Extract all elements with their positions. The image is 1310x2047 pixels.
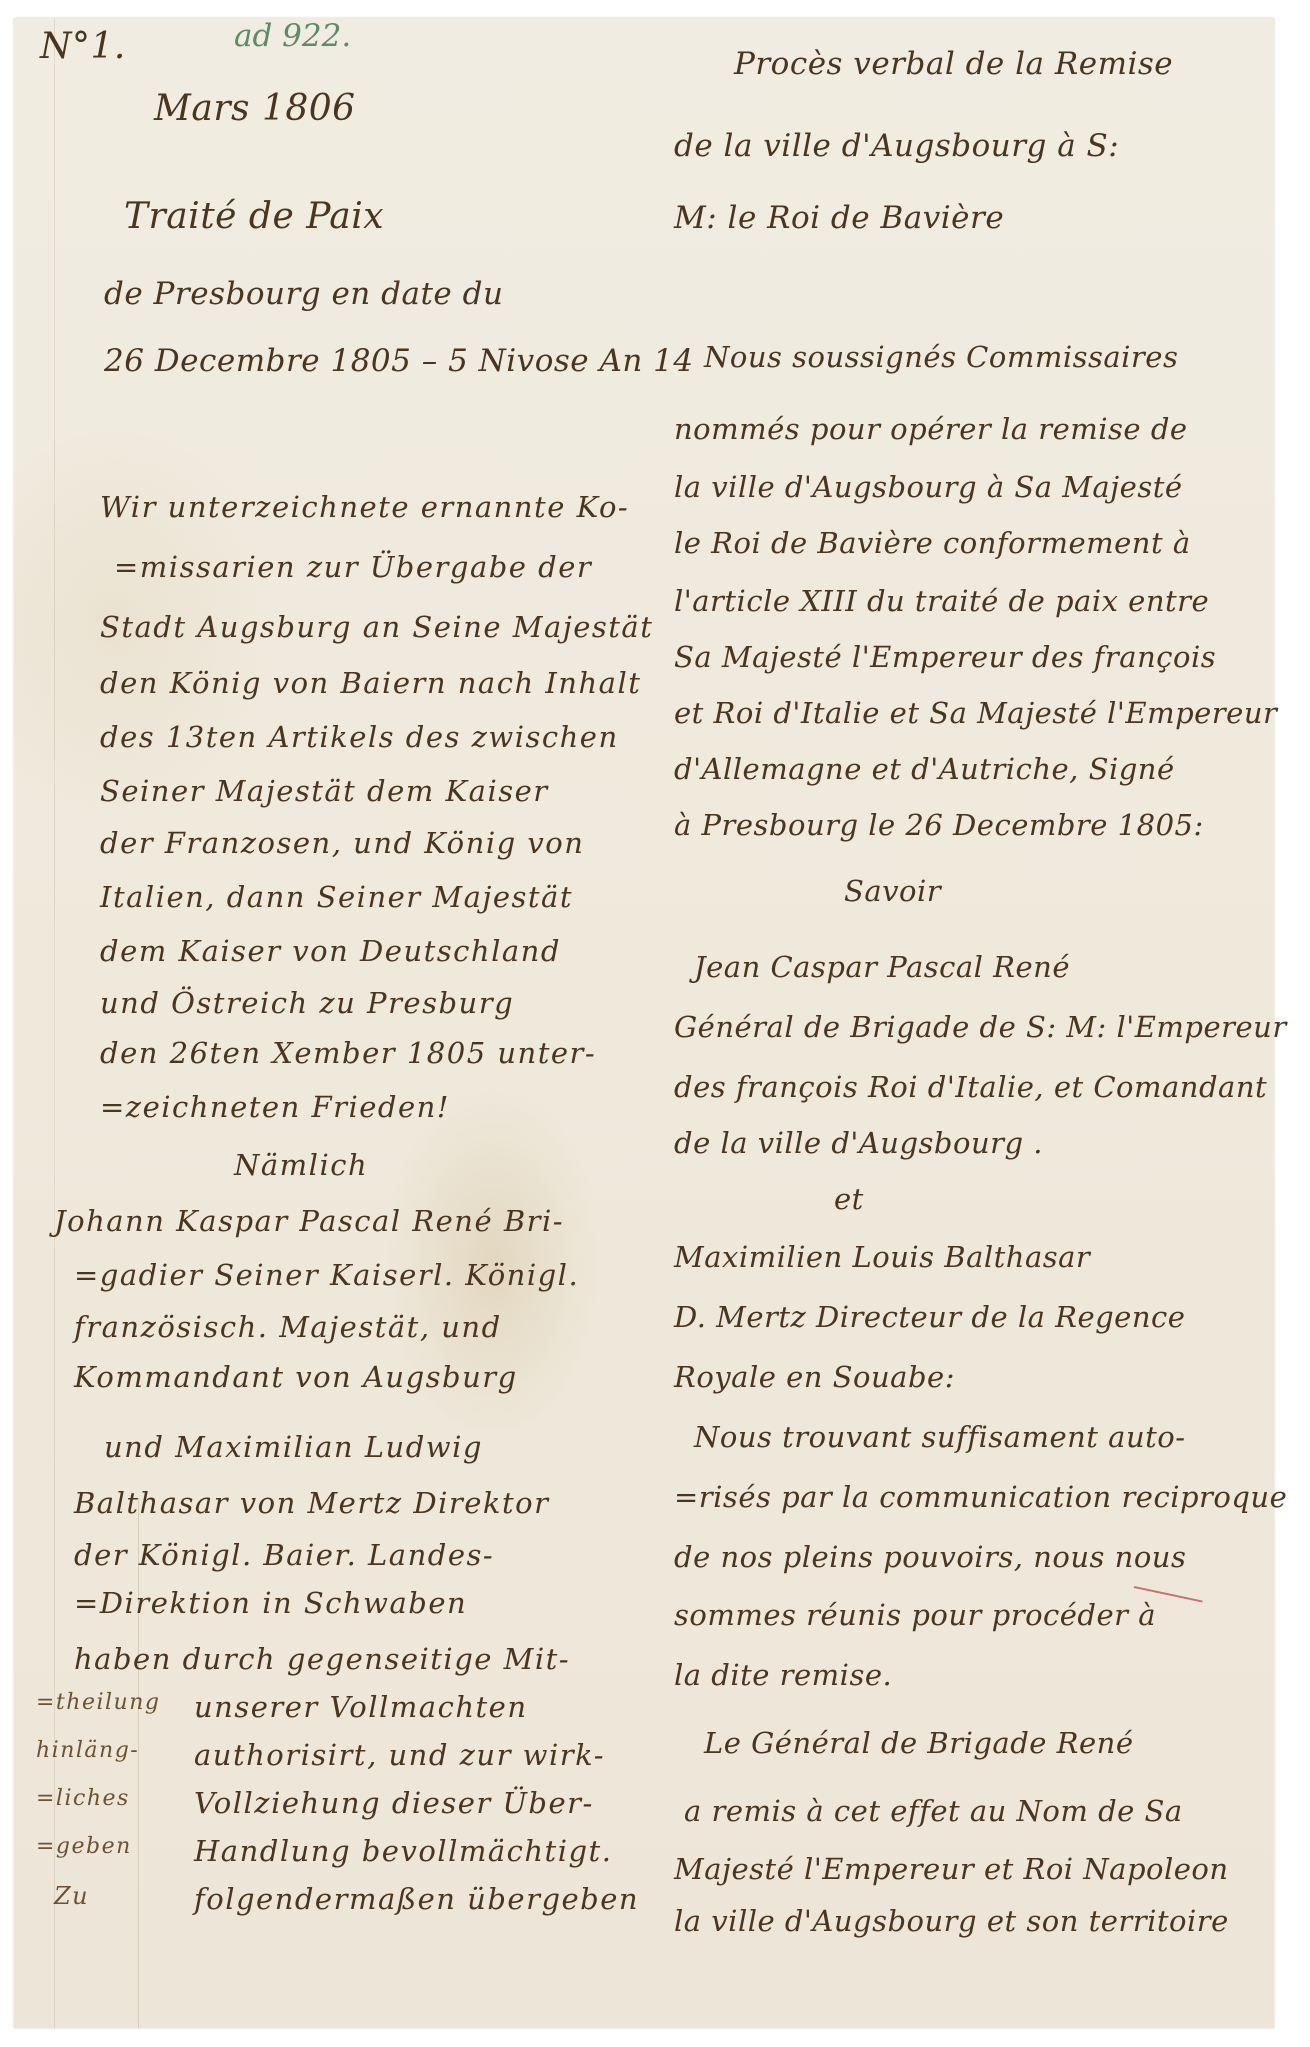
german-line: französisch. Majestät, und <box>74 1310 502 1344</box>
german-line: unserer Vollmachten <box>194 1690 528 1724</box>
french-line: =risés par la communication reciproque <box>674 1480 1287 1514</box>
german-line: der Königl. Baier. Landes- <box>74 1538 494 1572</box>
german-line: =Direktion in Schwaben <box>74 1586 467 1620</box>
french-line: le Roi de Bavière conformement à <box>674 526 1191 560</box>
french-line: D. Mertz Directeur de la Regence <box>674 1300 1185 1334</box>
document-date: Mars 1806 <box>154 88 356 129</box>
french-line: la ville d'Augsbourg et son territoire <box>674 1904 1229 1938</box>
french-line: et Roi d'Italie et Sa Majesté l'Empereur <box>674 696 1277 730</box>
left-title-line-2: de Presbourg en date du <box>104 276 503 312</box>
german-line: =zeichneten Frieden! <box>100 1090 450 1124</box>
german-line: und Maximilian Ludwig <box>104 1430 483 1464</box>
archive-number: N°1. <box>40 26 126 67</box>
french-line: Royale en Souabe: <box>674 1360 955 1394</box>
margin-line <box>54 18 55 2028</box>
german-line: Italien, dann Seiner Majestät <box>100 880 573 914</box>
french-line-et: et <box>834 1182 864 1216</box>
french-line: Nous trouvant suffisament auto- <box>694 1420 1186 1454</box>
right-title-line-3: M: le Roi de Bavière <box>674 200 1004 236</box>
german-line: =missarien zur Übergabe der <box>114 550 592 584</box>
french-line: Jean Caspar Pascal René <box>694 950 1070 984</box>
french-line: Majesté l'Empereur et Roi Napoleon <box>674 1852 1229 1886</box>
german-line: der Franzosen, und König von <box>100 826 584 860</box>
left-title-line-1: Traité de Paix <box>124 196 384 237</box>
german-line: dem Kaiser von Deutschland <box>100 934 561 968</box>
german-line: =gadier Seiner Kaiserl. Königl. <box>74 1258 579 1292</box>
right-title-line-2: de la ville d'Augsbourg à S: <box>674 128 1119 164</box>
archive-reference: ad 922. <box>234 18 351 54</box>
margin-note: =theilung <box>36 1690 160 1715</box>
french-line: de nos pleins pouvoirs, nous nous <box>674 1540 1186 1574</box>
german-line: Stadt Augsburg an Seine Majestät <box>100 610 653 644</box>
margin-fold-line <box>138 1498 139 2028</box>
french-line: la dite remise. <box>674 1658 892 1692</box>
german-line: haben durch gegenseitige Mit- <box>74 1642 570 1676</box>
french-line: Nous soussignés Commissaires <box>704 340 1178 374</box>
german-line: den 26ten Xember 1805 unter- <box>100 1036 596 1070</box>
german-line: des 13ten Artikels des zwischen <box>100 720 619 754</box>
french-line: d'Allemagne et d'Autriche, Signé <box>674 752 1175 786</box>
french-line: des françois Roi d'Italie, et Comandant <box>674 1070 1267 1104</box>
french-line: de la ville d'Augsbourg . <box>674 1126 1043 1160</box>
margin-note: hinläng- <box>36 1738 139 1763</box>
french-line: la ville d'Augsbourg à Sa Majesté <box>674 470 1183 504</box>
margin-note: Zu <box>54 1882 89 1910</box>
manuscript-page: N°1. ad 922. Mars 1806 Traité de Paix de… <box>14 18 1274 2028</box>
left-title-line-3: 26 Decembre 1805 – 5 Nivose An 14 <box>104 343 694 379</box>
german-line: Vollziehung dieser Über- <box>194 1786 594 1820</box>
german-line: Johann Kaspar Pascal René Bri- <box>54 1204 564 1238</box>
french-line: nommés pour opérer la remise de <box>674 412 1188 446</box>
french-line: Le Général de Brigade René <box>704 1726 1133 1760</box>
french-line-savoir: Savoir <box>844 874 941 908</box>
german-line: den König von Baiern nach Inhalt <box>100 666 641 700</box>
german-line-namely: Nämlich <box>234 1148 368 1182</box>
french-line: Maximilien Louis Balthasar <box>674 1240 1090 1274</box>
french-line: Général de Brigade de S: M: l'Empereur <box>674 1010 1287 1044</box>
french-line: sommes réunis pour procéder à <box>674 1598 1156 1632</box>
german-line: Wir unterzeichnete ernannte Ko- <box>100 490 629 524</box>
french-line: l'article XIII du traité de paix entre <box>674 584 1209 618</box>
german-line: Kommandant von Augsburg <box>74 1360 518 1394</box>
margin-note: =geben <box>36 1834 132 1859</box>
german-line: Handlung bevollmächtigt. <box>194 1834 612 1868</box>
margin-note: =liches <box>36 1786 130 1811</box>
german-line: authorisirt, und zur wirk- <box>194 1738 605 1772</box>
french-line: Sa Majesté l'Empereur des françois <box>674 640 1216 674</box>
right-title-line-1: Procès verbal de la Remise <box>734 46 1173 82</box>
german-line: und Östreich zu Presburg <box>100 986 514 1020</box>
french-line: a remis à cet effet au Nom de Sa <box>684 1794 1183 1828</box>
german-line: Seiner Majestät dem Kaiser <box>100 774 549 808</box>
german-line: folgendermaßen übergeben <box>194 1882 639 1916</box>
german-line: Balthasar von Mertz Direktor <box>74 1486 549 1520</box>
french-line: à Presbourg le 26 Decembre 1805: <box>674 808 1204 842</box>
